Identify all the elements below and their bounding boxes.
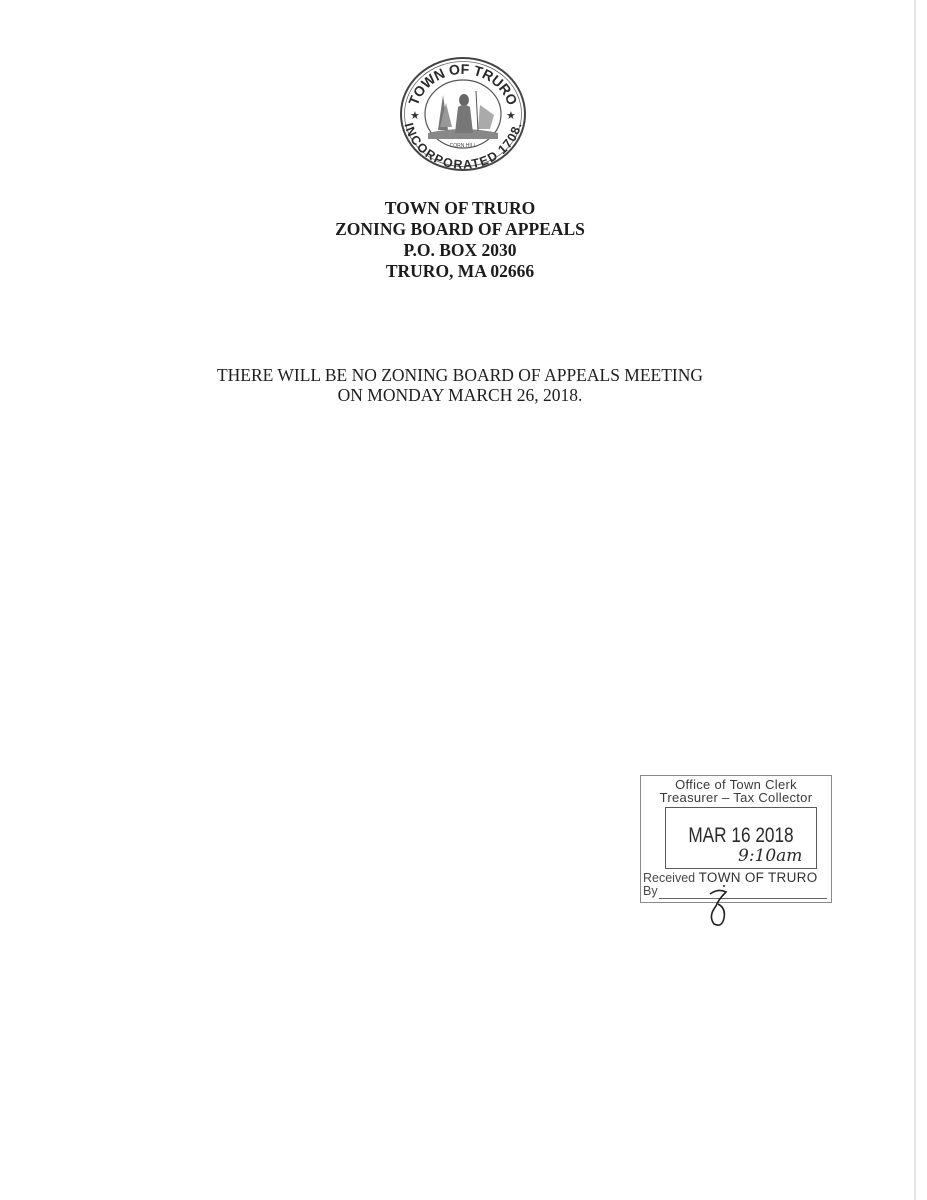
letterhead: TOWN OF TRURO ZONING BOARD OF APPEALS P.…	[0, 198, 920, 282]
notice-line-2: ON MONDAY MARCH 26, 2018.	[0, 385, 920, 405]
header-po-box: P.O. BOX 2030	[0, 240, 920, 261]
svg-text:★: ★	[506, 110, 516, 122]
header-board: ZONING BOARD OF APPEALS	[0, 219, 920, 240]
meeting-notice: THERE WILL BE NO ZONING BOARD OF APPEALS…	[0, 365, 920, 405]
stamp-by-line	[659, 898, 827, 899]
handwritten-initial-icon	[700, 880, 740, 930]
svg-text:CORN HILL: CORN HILL	[450, 143, 477, 149]
svg-text:★: ★	[410, 110, 420, 122]
stamp-date-box: MAR 16 2018 9:10am	[665, 807, 817, 869]
town-seal-icon: TOWN OF TRURO INCORPORATED 1708. ★ ★ COR…	[398, 55, 528, 173]
stamp-office-line-2: Treasurer – Tax Collector	[641, 790, 831, 805]
page-edge-line	[914, 0, 916, 1200]
stamp-date: MAR 16 2018	[680, 824, 803, 848]
notice-line-1: THERE WILL BE NO ZONING BOARD OF APPEALS…	[0, 365, 920, 385]
header-town: TOWN OF TRURO	[0, 198, 920, 219]
stamp-by-label: By	[643, 884, 658, 898]
stamp-received-prefix: Received	[643, 871, 695, 885]
stamp-time-handwritten: 9:10am	[738, 846, 802, 866]
header-city: TRURO, MA 02666	[0, 261, 920, 282]
